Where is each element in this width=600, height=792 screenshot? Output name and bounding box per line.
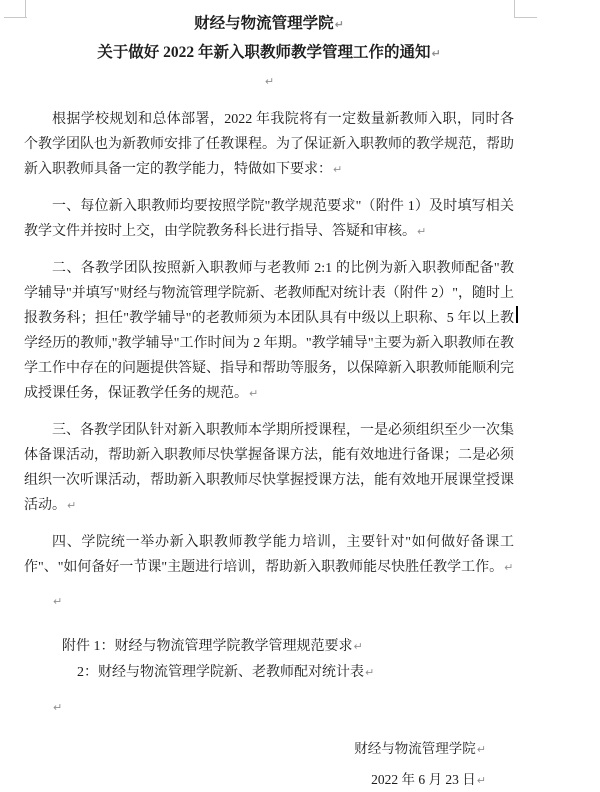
- paragraph-mark-icon: ↵: [503, 561, 513, 574]
- document-page[interactable]: 财经与物流管理学院↵ 关于做好 2022 年新入职教师教学管理工作的通知↵ ↵ …: [0, 0, 600, 792]
- paragraph-item-4[interactable]: 四、学院统一举办新入职教师教学能力培训，主要针对"如何做好备课工作"、"如何备好…: [24, 530, 514, 580]
- doc-title-line2[interactable]: 关于做好 2022 年新入职教师教学管理工作的通知↵: [24, 39, 514, 68]
- paragraph-mark-icon: ↵: [416, 225, 426, 238]
- doc-title-line1[interactable]: 财经与物流管理学院↵: [24, 10, 514, 39]
- attachment-line-2[interactable]: 2：财经与物流管理学院新、老教师配对统计表↵: [24, 660, 514, 686]
- text-boundary-mark-top-right-horizontal: [514, 17, 537, 18]
- paragraph-mark-icon: ↵: [66, 499, 76, 512]
- signature-date[interactable]: 2022 年 6 月 23 日↵: [24, 765, 514, 792]
- text-cursor: [516, 306, 518, 323]
- paragraph-mark-icon: ↵: [52, 595, 62, 608]
- paragraph-text: 一、每位新入职教师均要按照学院"教学规范要求"（附件 1）及时填写相关教学文件并…: [24, 199, 514, 239]
- empty-paragraph[interactable]: ↵: [24, 694, 514, 720]
- attachment-line-1[interactable]: 附件 1：财经与物流管理学院教学管理规范要求↵: [24, 634, 514, 660]
- paragraph-text: 根据学校规划和总体部署，2022 年我院将有一定数量新教师入职，同时各个教学团队…: [24, 112, 514, 177]
- paragraph-text: 二、各教学团队按照新入职教师与老教师 2:1 的比例为新入职教师配备"教学辅导"…: [24, 261, 514, 401]
- attachment-text: 2：财经与物流管理学院新、老教师配对统计表: [77, 665, 364, 680]
- empty-paragraph[interactable]: ↵: [24, 68, 514, 95]
- paragraph-mark-icon: ↵: [431, 47, 441, 60]
- paragraph-mark-icon: ↵: [332, 163, 342, 176]
- paragraph-mark-icon: ↵: [52, 701, 62, 714]
- paragraph-mark-icon: ↵: [264, 75, 274, 88]
- text-boundary-mark-top-right-vertical: [514, 0, 515, 18]
- paragraph-mark-icon: ↵: [476, 743, 486, 756]
- doc-title-line2-text: 关于做好 2022 年新入职教师教学管理工作的通知: [97, 44, 430, 61]
- paragraph-item-2[interactable]: 二、各教学团队按照新入职教师与老教师 2:1 的比例为新入职教师配备"教学辅导"…: [24, 256, 514, 406]
- paragraph-item-3[interactable]: 三、各教学团队针对新入职教师本学期所授课程，一是必须组织至少一次集体备课活动，帮…: [24, 418, 514, 518]
- paragraph-mark-icon: ↵: [364, 666, 374, 679]
- attachment-text: 附件 1：财经与物流管理学院教学管理规范要求: [62, 639, 353, 654]
- paragraph-text: 三、各教学团队针对新入职教师本学期所授课程，一是必须组织至少一次集体备课活动，帮…: [24, 423, 514, 513]
- paragraph-text: 四、学院统一举办新入职教师教学能力培训，主要针对"如何做好备课工作"、"如何备好…: [24, 535, 514, 575]
- signature-org-text: 财经与物流管理学院: [354, 741, 476, 756]
- document-content[interactable]: 财经与物流管理学院↵ 关于做好 2022 年新入职教师教学管理工作的通知↵ ↵ …: [24, 0, 514, 792]
- paragraph-mark-icon: ↵: [476, 774, 486, 787]
- paragraph-mark-icon: ↵: [334, 18, 344, 31]
- paragraph-mark-icon: ↵: [353, 640, 363, 653]
- empty-paragraph[interactable]: ↵: [24, 588, 514, 614]
- signature-date-text: 2022 年 6 月 23 日: [371, 772, 476, 787]
- paragraph-item-1[interactable]: 一、每位新入职教师均要按照学院"教学规范要求"（附件 1）及时填写相关教学文件并…: [24, 194, 514, 244]
- doc-title-line1-text: 财经与物流管理学院: [194, 15, 334, 32]
- signature-org[interactable]: 财经与物流管理学院↵: [24, 734, 514, 765]
- paragraph-mark-icon: ↵: [248, 387, 258, 400]
- paragraph-intro[interactable]: 根据学校规划和总体部署，2022 年我院将有一定数量新教师入职，同时各个教学团队…: [24, 107, 514, 182]
